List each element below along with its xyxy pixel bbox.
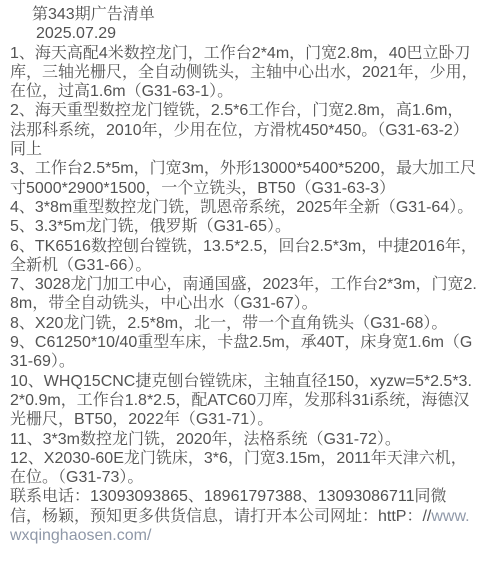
list-item-12: 12、X2030-60E龙门铣床，3*6，门宽3.15m，2011年天津六机，在…	[10, 449, 478, 488]
issue-date: 2025.07.29	[10, 24, 478, 43]
list-item-7: 7、3028龙门加工中心，南通国盛，2023年，工作台2*3m，门宽2.8m，带…	[10, 275, 478, 314]
list-item-6: 6、TK6516数控刨台镗铣，13.5*2.5，回台2.5*3m，中捷2016年…	[10, 237, 478, 276]
list-item-5: 5、3.3*5m龙门铣，俄罗斯（G31-65）。	[10, 217, 478, 236]
contact-info: 联系电话：13093093865、18961797388、13093086711…	[10, 487, 478, 545]
ad-list-document: 第343期广告清单 2025.07.29 1、海天高配4米数控龙门，工作台2*4…	[0, 0, 502, 545]
list-item-3: 3、工作台2.5*5m，门宽3m，外形13000*5400*5200，最大加工尺…	[10, 159, 478, 198]
list-item-10: 10、WHQ15CNC捷克刨台镗铣床，主轴直径150，xyzw=5*2.5*3.…	[10, 372, 478, 430]
contact-text: 联系电话：13093093865、18961797388、13093086711…	[10, 488, 446, 524]
list-item-9: 9、C61250*10/40重型车床，卡盘2.5m，承40T，床身宽1.6m（G…	[10, 333, 478, 372]
list-item-1: 1、海天高配4米数控龙门，工作台2*4m，门宽2.8m，40巴立卧刀库，三轴光栅…	[10, 44, 478, 102]
page-title: 第343期广告清单	[10, 5, 478, 24]
list-item-4: 4、3*8m重型数控龙门铣，凯恩帝系统，2025年全新（G31-64）。	[10, 198, 478, 217]
list-item-11: 11、3*3m数控龙门铣，2020年，法格系统（G31-72）。	[10, 430, 478, 449]
list-item-8: 8、X20龙门铣，2.5*8m，北一，带一个直角铣头（G31-68）。	[10, 314, 478, 333]
list-item-2: 2、海天重型数控龙门镗铣，2.5*6工作台，门宽2.8m，高1.6m，法那科系统…	[10, 101, 478, 159]
